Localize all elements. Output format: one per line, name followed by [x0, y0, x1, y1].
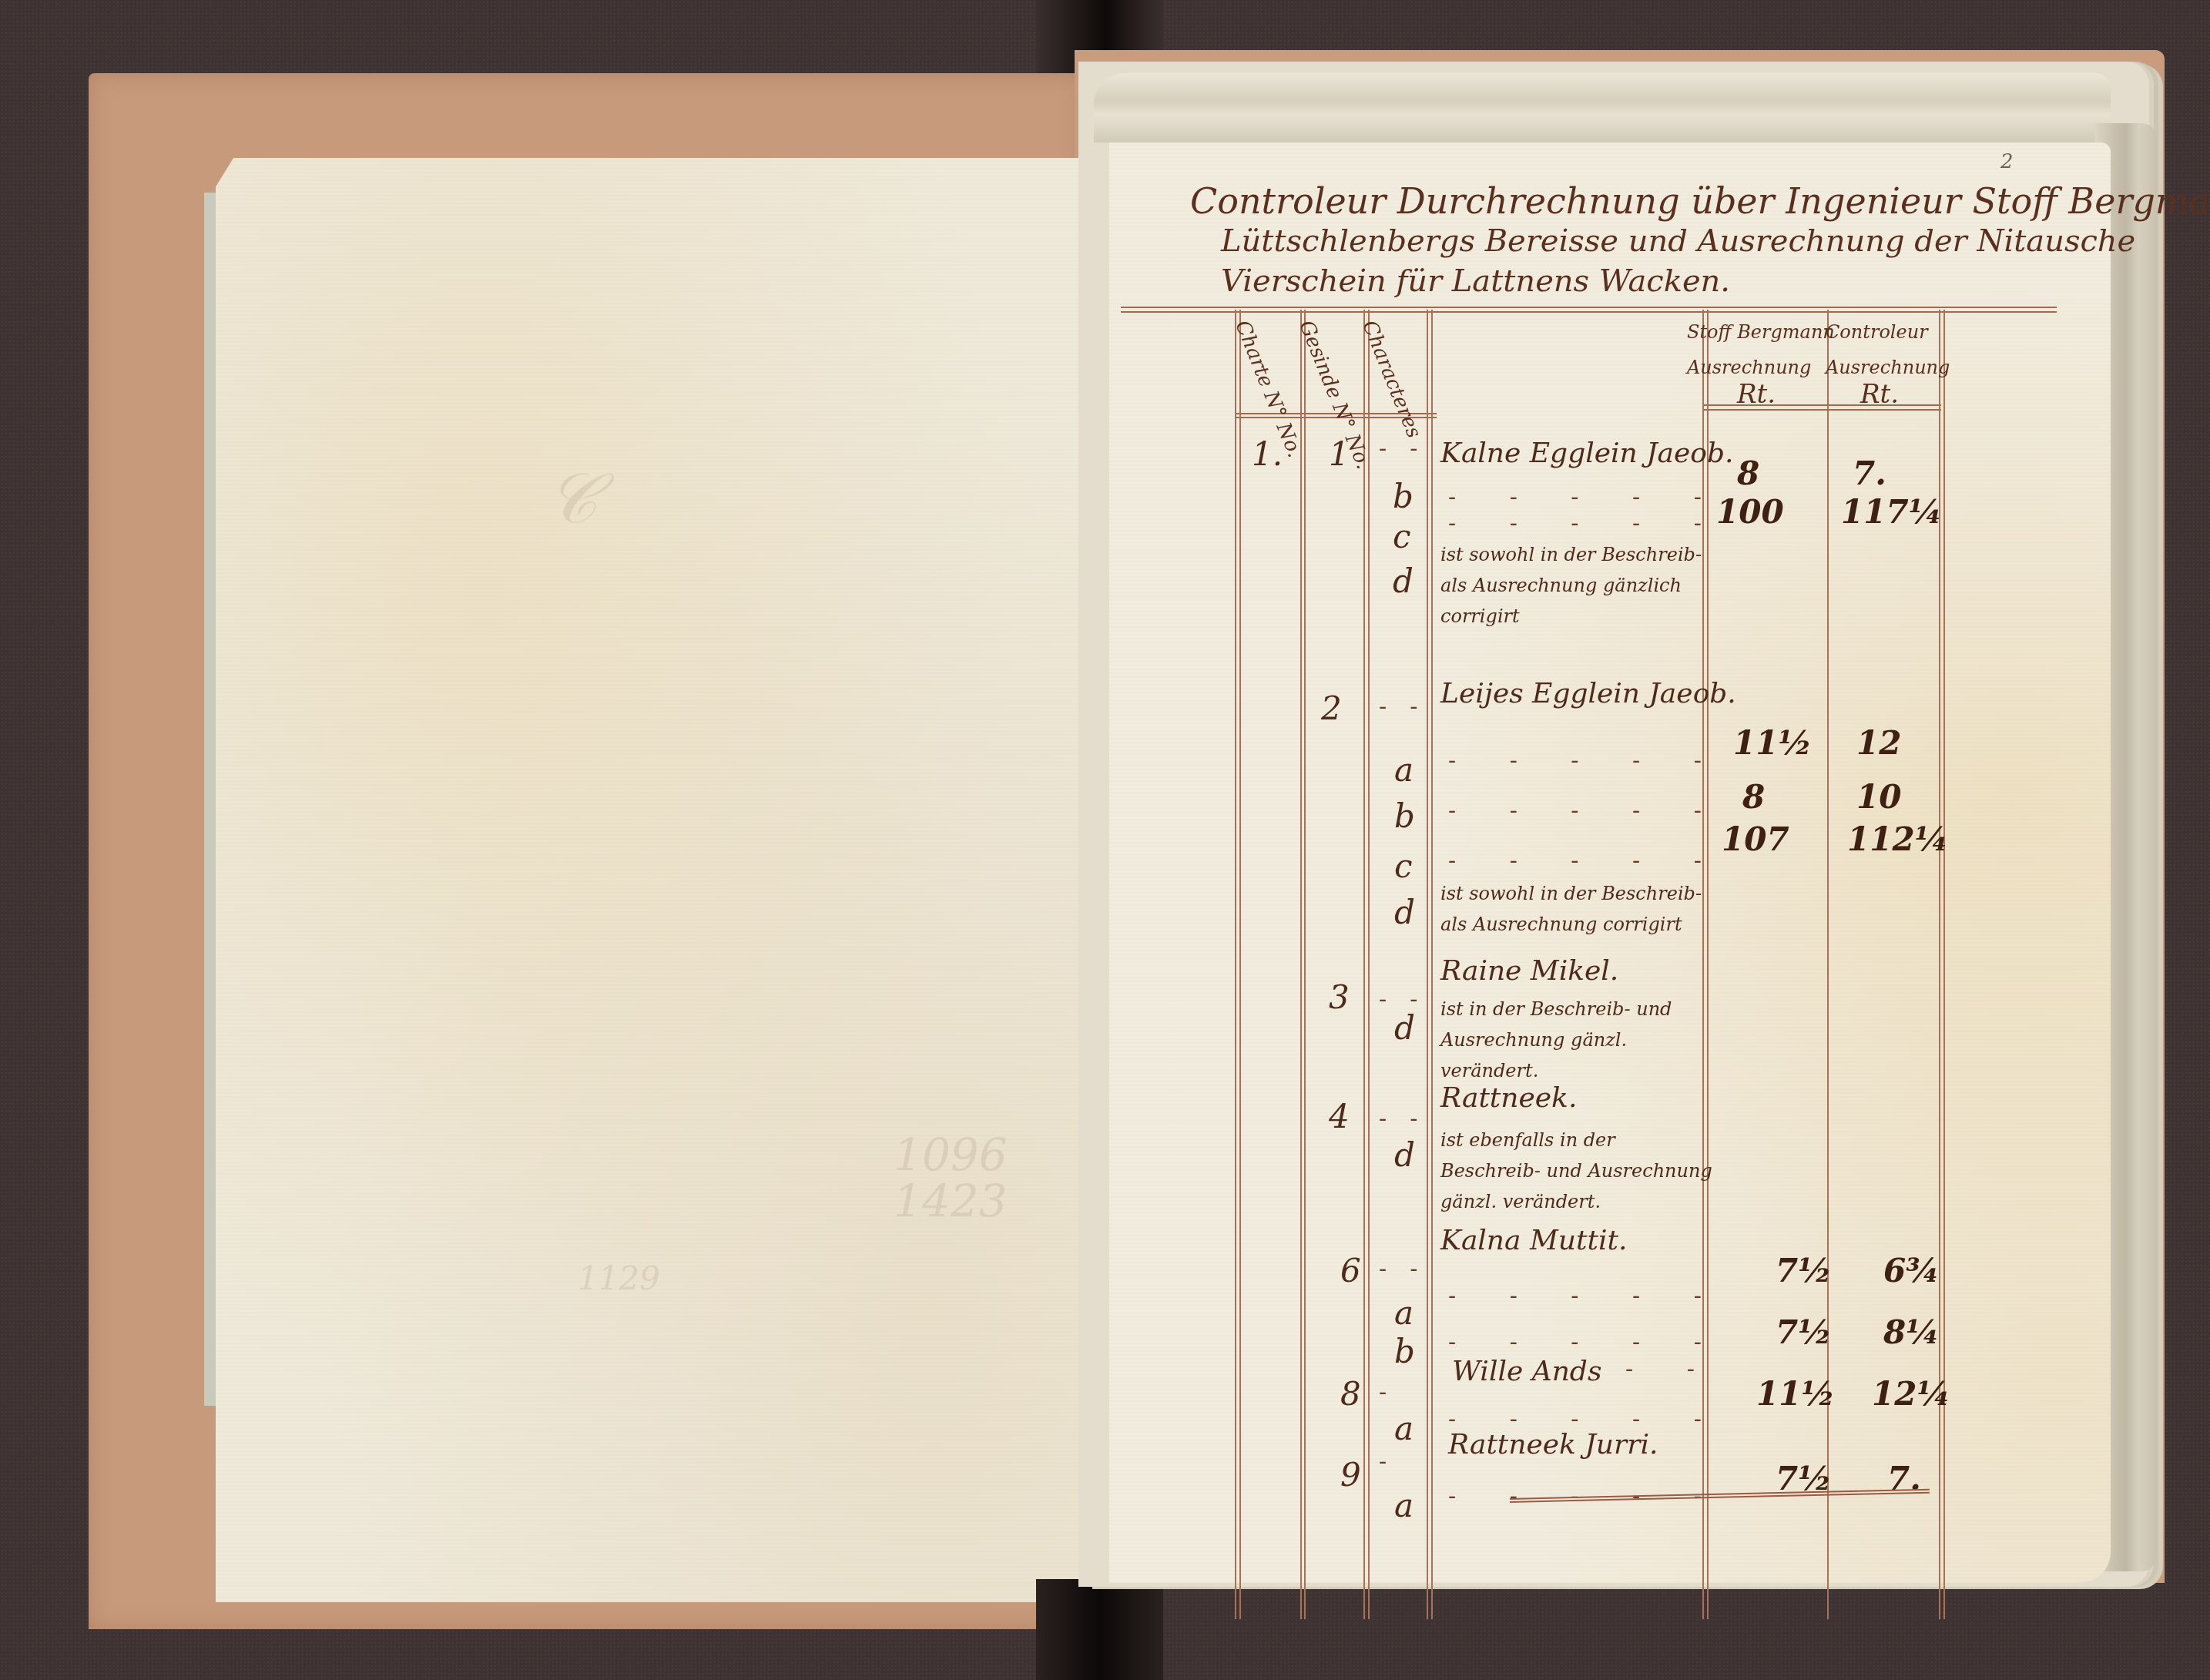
character-letter: b — [1393, 478, 1414, 515]
column-rule — [1943, 310, 1945, 1619]
correction-note: ist sowohl in der Beschreib- als Ausrech… — [1440, 539, 1718, 632]
amount-bergmann: 100 — [1716, 493, 1784, 531]
gesinde-number: 4 — [1329, 1098, 1350, 1135]
character-letter: a — [1394, 1410, 1414, 1447]
page-title: Controleur Durchrechnung über Ingenieur … — [1190, 181, 2076, 301]
gesinde-number: 8 — [1340, 1375, 1361, 1413]
currency-unit-bergmann: Rt. — [1737, 379, 1776, 410]
amount-controleur: 6¾ — [1883, 1252, 1940, 1289]
column-rule — [1427, 310, 1428, 1619]
farmstead-name: Raine Mikel. — [1440, 955, 1618, 987]
column-rule — [1431, 310, 1433, 1619]
correction-note: ist ebenfalls in der Beschreib- und Ausr… — [1440, 1125, 1718, 1217]
title-line-2: Lüttschlenbergs Bereisse und Ausrechnung… — [1190, 221, 2076, 261]
farmstead-name: Rattneek Jurri. — [1448, 1429, 1658, 1460]
page-top-edges — [1094, 73, 2111, 143]
leader-dots: - - - - - — [1448, 510, 1725, 537]
character-letter: c — [1393, 518, 1411, 555]
column-rule — [1239, 310, 1241, 1619]
bleed-through-number: 1129 — [578, 1259, 660, 1297]
amount-bergmann: 8 — [1737, 454, 1759, 492]
amount-bergmann: 11½ — [1756, 1375, 1835, 1413]
column-rule — [1368, 310, 1370, 1619]
farmstead-name: Leijes Egglein Jaeob. — [1440, 678, 1736, 709]
title-line-1: Controleur Durchrechnung über Ingenieur … — [1190, 181, 2076, 221]
column-rule — [1235, 310, 1236, 1619]
amount-bergmann: 11½ — [1733, 724, 1812, 762]
leader-dots: - - - - - — [1448, 484, 1725, 511]
leader-dash: - — [1379, 1379, 1410, 1406]
leader-dots: - - — [1625, 1356, 1718, 1383]
character-letter: c — [1394, 847, 1413, 885]
bleed-through-flourish: 𝒞 — [547, 458, 598, 540]
leader-dots: - - - - - — [1448, 1329, 1725, 1356]
gesinde-number: 3 — [1329, 978, 1350, 1016]
character-letter: d — [1394, 1136, 1415, 1174]
column-rule — [1304, 310, 1306, 1619]
character-letter: a — [1394, 1487, 1414, 1524]
leader-dots: - - - - - — [1448, 747, 1725, 774]
leader-dots: - - - - - — [1448, 847, 1725, 874]
leader-dash: -- — [1379, 435, 1440, 462]
amount-bergmann: 8 — [1742, 778, 1765, 816]
title-line-3: Vierschein für Lattnens Wacken. — [1190, 261, 2076, 301]
leader-dash: -- — [1379, 1256, 1440, 1283]
character-letter: b — [1394, 1333, 1415, 1370]
amount-bergmann: 107 — [1722, 820, 1789, 858]
column-header-controleur: Controleur Ausrechnung — [1826, 314, 1950, 385]
column-rule — [1827, 310, 1829, 1619]
amount-controleur: 8¼ — [1883, 1313, 1940, 1351]
column-rule — [1363, 310, 1365, 1619]
column-rule — [1300, 310, 1302, 1619]
gesinde-number: 1 — [1329, 435, 1350, 473]
gesinde-number: 2 — [1321, 689, 1342, 727]
amount-controleur: 12 — [1856, 724, 1901, 762]
gesinde-number: 9 — [1340, 1456, 1361, 1494]
currency-unit-controleur: Rt. — [1860, 379, 1899, 410]
bleed-through-number: 1096 — [894, 1128, 1008, 1181]
amount-controleur: 112¼ — [1847, 820, 1948, 858]
table-top-rule — [1121, 307, 2057, 308]
header-text: Stoff Bergmann — [1687, 314, 1835, 350]
header-text: Controleur — [1826, 314, 1950, 350]
table-top-rule — [1121, 311, 2057, 313]
character-letter: a — [1394, 1294, 1414, 1332]
correction-note: ist in der Beschreib- und Ausrechnung gä… — [1440, 994, 1718, 1086]
amount-controleur: 12¼ — [1872, 1375, 1950, 1413]
charte-number: 1. — [1252, 435, 1283, 473]
farmstead-name: Kalna Muttit. — [1440, 1225, 1627, 1256]
amount-controleur: 7. — [1853, 454, 1886, 492]
character-letter: d — [1394, 894, 1415, 931]
character-letter: d — [1394, 1009, 1415, 1047]
folio-number: 2 — [2000, 150, 2014, 173]
bleed-through-number: 1423 — [894, 1175, 1008, 1227]
amount-bergmann: 7½ — [1776, 1252, 1832, 1289]
character-letter: b — [1394, 797, 1415, 835]
leader-dash: -- — [1379, 693, 1440, 720]
leader-dash: - — [1379, 1448, 1410, 1475]
spine-bottom — [1036, 1579, 1163, 1680]
character-letter: d — [1393, 562, 1414, 600]
left-page: 𝒞 1096 1423 1129 — [216, 158, 1109, 1602]
farmstead-name: Wille Ands — [1452, 1356, 1601, 1387]
character-letter: a — [1394, 751, 1414, 789]
farmstead-name: Kalne Egglein Jaeob. — [1440, 438, 1734, 469]
amount-controleur: 10 — [1856, 778, 1901, 816]
amount-bergmann: 7½ — [1776, 1313, 1832, 1351]
correction-note: ist sowohl in der Beschreib- als Ausrech… — [1440, 878, 1718, 940]
leader-dash: -- — [1379, 1105, 1440, 1132]
farmstead-name: Rattneek. — [1440, 1082, 1577, 1114]
leader-dots: - - - - - — [1448, 797, 1725, 824]
column-header-bergmann: Stoff Bergmann Ausrechnung — [1687, 314, 1835, 385]
gesinde-number: 6 — [1340, 1252, 1361, 1289]
amount-controleur: 117¼ — [1841, 493, 1942, 531]
leader-dots: - - - - - — [1448, 1283, 1725, 1309]
